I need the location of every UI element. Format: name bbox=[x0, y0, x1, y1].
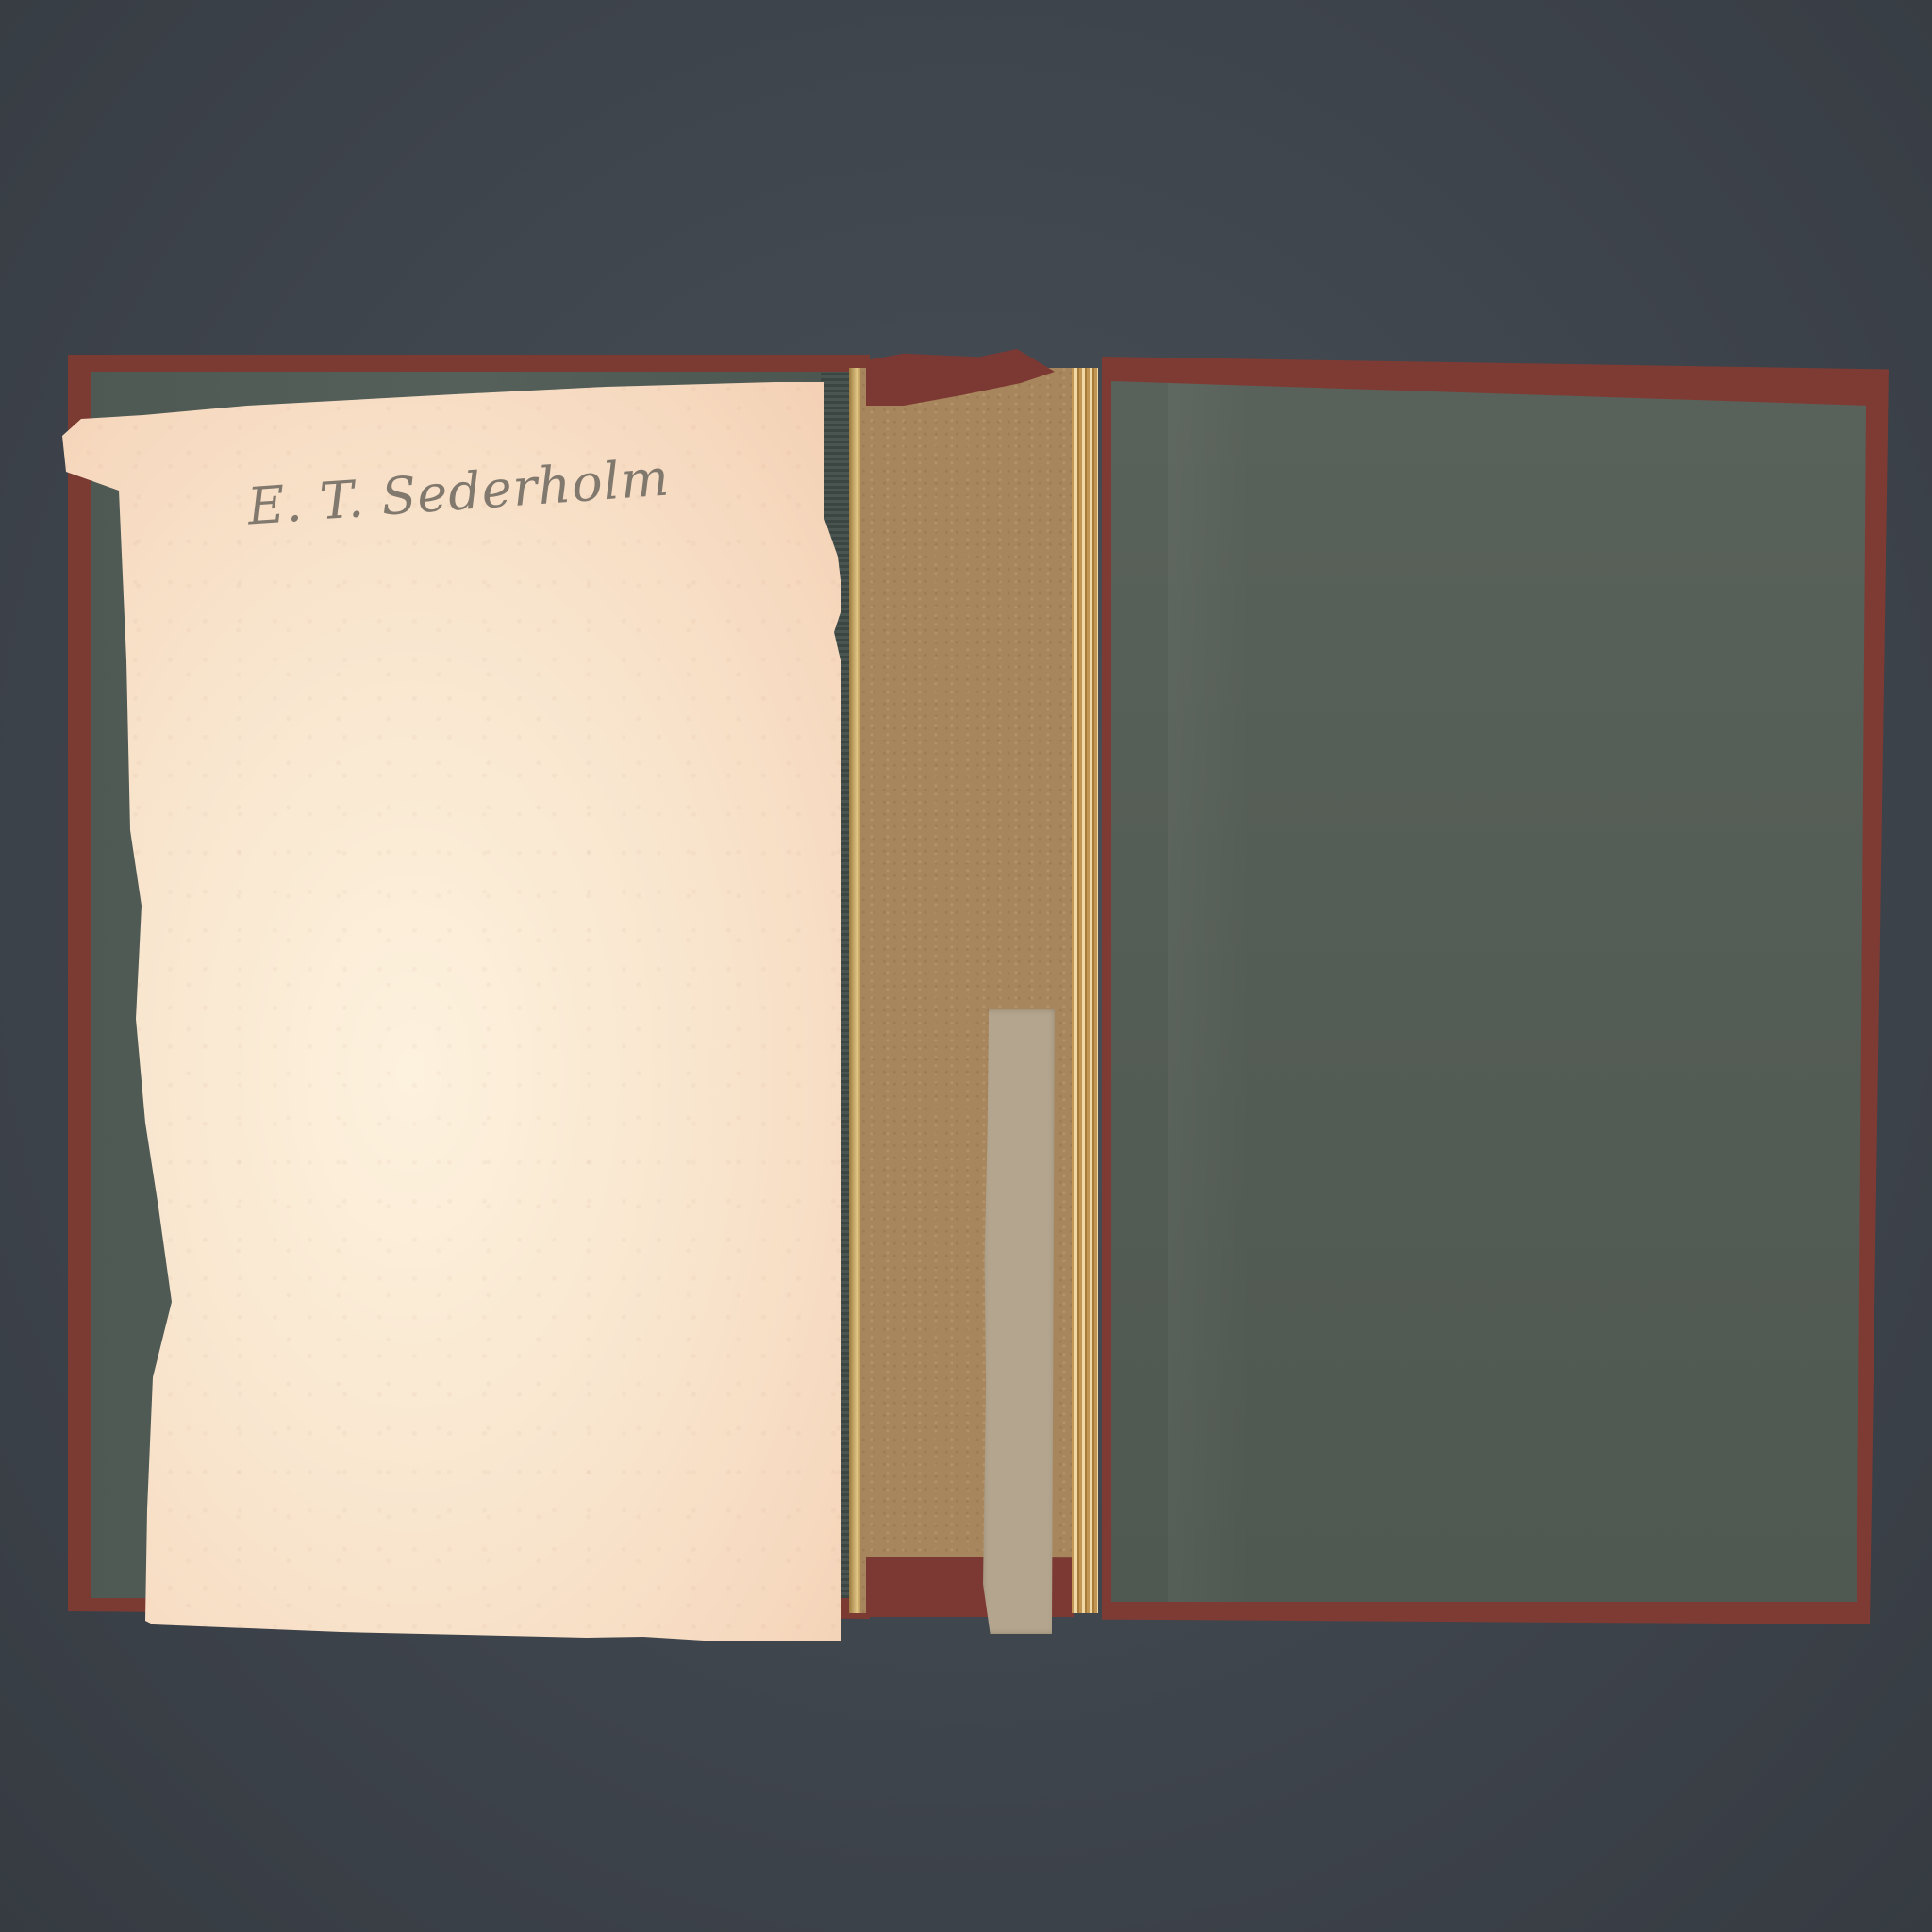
owner-signature: E. T. Sederholm bbox=[245, 447, 672, 536]
flyleaf-page: E. T. Sederholm bbox=[58, 377, 841, 1641]
spine-paper-strip bbox=[983, 1009, 1055, 1634]
back-pastedown bbox=[1111, 381, 1866, 1602]
spine-frayed-edge-right bbox=[1072, 368, 1098, 1613]
back-cover-board bbox=[1102, 357, 1889, 1624]
photo-scene: E. T. Sederholm bbox=[0, 0, 1932, 1932]
book-spine bbox=[849, 349, 1094, 1624]
